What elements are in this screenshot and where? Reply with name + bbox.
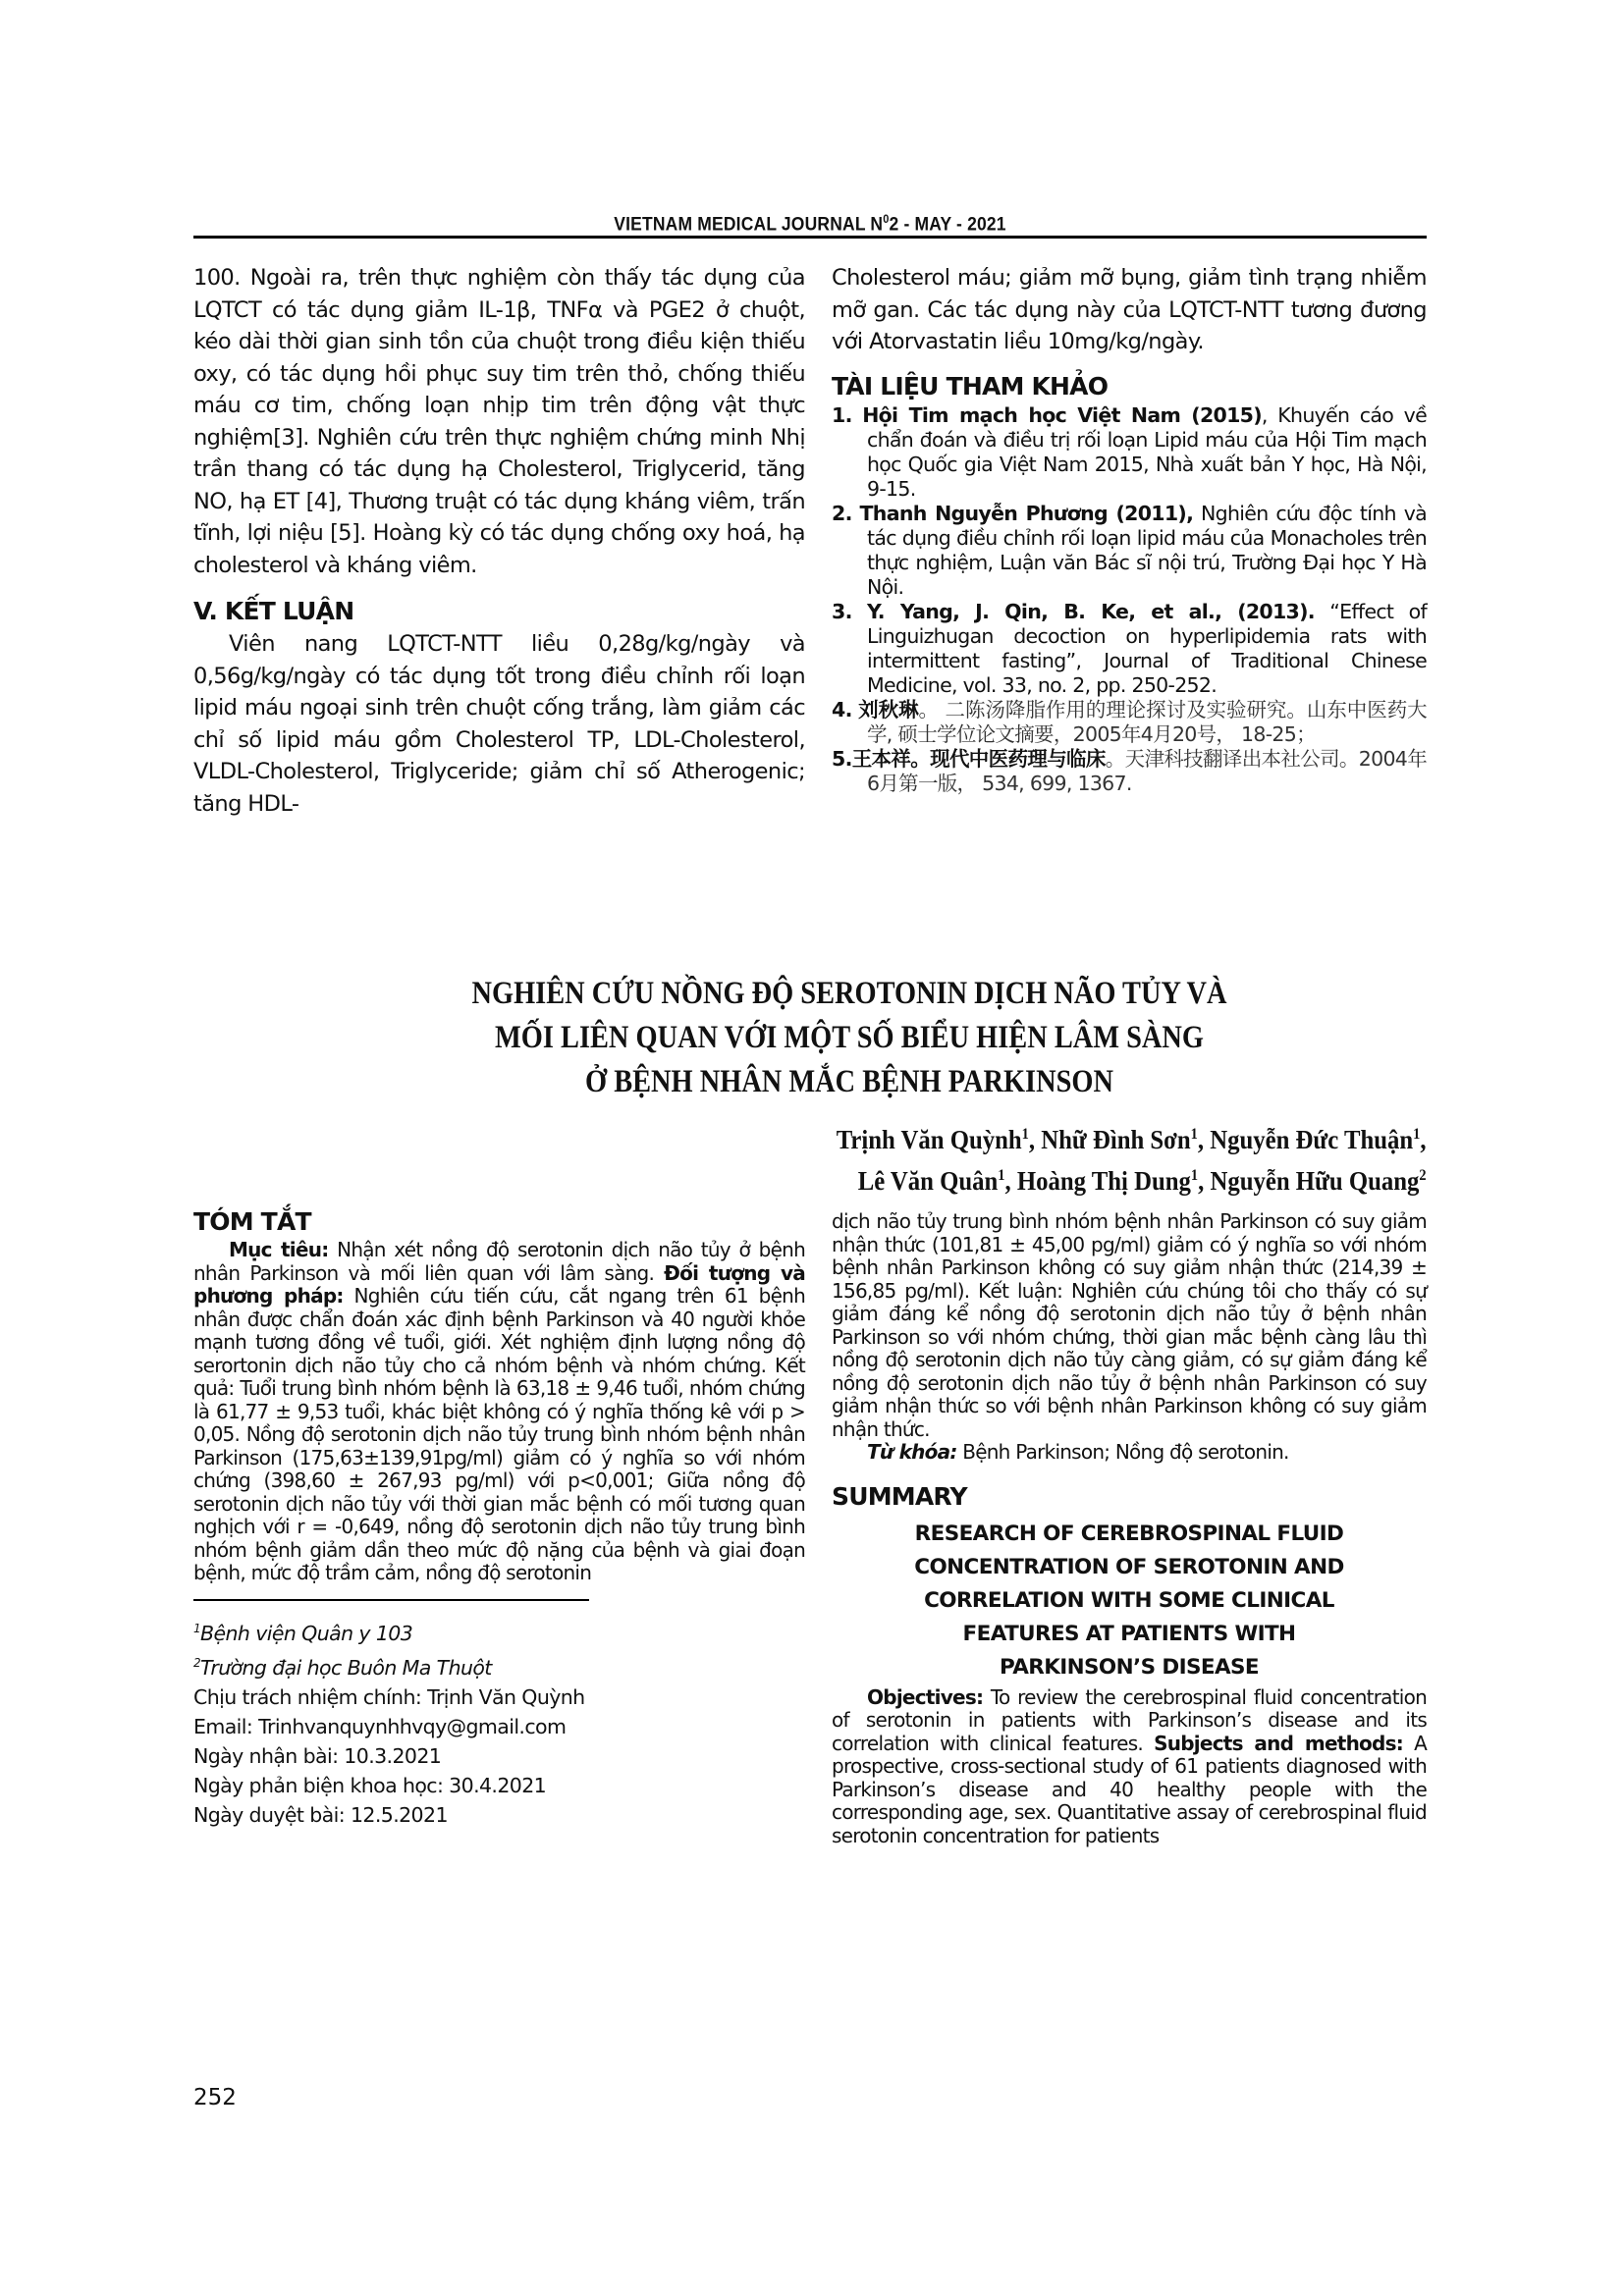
email: Email: Trinhvanquynhhvqy@gmail.com [193,1712,805,1741]
conclusion-paragraph: Viên nang LQTCT-NTT liều 0,28g/kg/ngày v… [193,628,805,820]
reference-number: 5. [832,747,852,771]
reference-item: 3. Y. Yang, J. Qin, B. Ke, et al., (2013… [832,600,1427,698]
affiliation-marker: 2 [193,1656,200,1670]
author-affiliation-marker: 2 [1420,1167,1427,1184]
reference-number: 3. [832,600,852,623]
header-title-suffix: 2 - MAY - 2021 [890,214,1006,235]
affiliation-text: Trường đại học Buôn Ma Thuột [200,1656,492,1680]
author-name: Lê Văn Quân [858,1165,999,1196]
review-date: Ngày phản biện khoa học: 30.4.2021 [193,1771,805,1800]
affiliation-marker: 1 [193,1623,200,1636]
corresponding-author: Chịu trách nhiệm chính: Trịnh Văn Quỳnh [193,1682,805,1712]
article-title-line: NGHIÊN CỨU NỒNG ĐỘ SEROTONIN DỊCH NÃO TỦ… [319,972,1380,1016]
abstract-right-column: dịch não tủy trung bình nhóm bệnh nhân P… [832,1210,1427,1847]
reference-item: 4. 刘秋琳。 二陈汤降脂作用的理论探讨及实验研究。山东中医药大学, 硕士学位论… [832,698,1427,747]
keywords-label: Từ khóa: [867,1440,957,1464]
summary-paragraph: Objectives: To review the cerebrospinal … [832,1686,1427,1848]
page-number: 252 [193,2085,237,2110]
summary-title-line: CONCENTRATION OF SEROTONIN AND [832,1551,1427,1584]
previous-article-right-column: Cholesterol máu; giảm mỡ bụng, giảm tình… [832,262,1427,796]
references-list: 1. Hội Tim mạch học Việt Nam (2015), Khu… [832,403,1427,796]
objective-label: Mục tiêu: [229,1238,328,1261]
summary-title-line: RESEARCH OF CEREBROSPINAL FLUID [832,1518,1427,1551]
abstract-heading: TÓM TẮT [193,1207,805,1237]
author-line: Lê Văn Quân1, Hoàng Thị Dung1, Nguyễn Hữ… [837,1157,1427,1199]
conclusion-continued: Cholesterol máu; giảm mỡ bụng, giảm tình… [832,262,1427,358]
author-separator: , [1198,1124,1210,1154]
reference-item: 5.王本祥。现代中医药理与临床。天津科技翻译出本社公司。2004年6月第一版， … [832,747,1427,796]
author-name: Trịnh Văn Quỳnh [837,1124,1022,1154]
reference-authors: Hội Tim mạch học Việt Nam (2015) [862,403,1262,427]
author-name: Nhữ Đình Sơn [1042,1124,1191,1154]
summary-title-line: CORRELATION WITH SOME CLINICAL [832,1584,1427,1618]
header-title-prefix: VIETNAM MEDICAL JOURNAL N [614,214,883,235]
reference-number: 4. [832,698,852,721]
author-list: Trịnh Văn Quỳnh1, Nhữ Đình Sơn1, Nguyễn … [837,1116,1427,1199]
author-line: Trịnh Văn Quỳnh1, Nhữ Đình Sơn1, Nguyễn … [837,1116,1427,1157]
subjects-methods-label: Subjects and methods: [1154,1732,1403,1755]
running-header: VIETNAM MEDICAL JOURNAL N02 - MAY - 2021 [243,212,1378,236]
reference-authors: Thanh Nguyễn Phương (2011), [860,502,1194,525]
affiliation-text: Bệnh viện Quân y 103 [200,1622,412,1645]
reference-authors: 王本祥。现代中医药理与临床 [852,747,1106,771]
accepted-date: Ngày duyệt bài: 12.5.2021 [193,1800,805,1830]
conclusion-heading: V. KẾT LUẬN [193,597,805,626]
abstract-paragraph: Mục tiêu: Nhận xét nồng độ serotonin dịc… [193,1239,805,1585]
discussion-paragraph: 100. Ngoài ra, trên thực nghiệm còn thấy… [193,262,805,581]
reference-authors: Y. Yang, J. Qin, B. Ke, et al., (2013). [867,600,1315,623]
reference-authors: 刘秋琳 [858,698,918,721]
received-date: Ngày nhận bài: 10.3.2021 [193,1741,805,1771]
article-title-line: Ở BỆNH NHÂN MẮC BỆNH PARKINSON [319,1060,1380,1104]
abstract-continued: dịch não tủy trung bình nhóm bệnh nhân P… [832,1210,1427,1441]
reference-item: 1. Hội Tim mạch học Việt Nam (2015), Khu… [832,403,1427,502]
author-name: Hoàng Thị Dung [1017,1165,1191,1196]
affiliation-1: 1Bệnh viện Quân y 103 [193,1615,805,1649]
summary-title: RESEARCH OF CEREBROSPINAL FLUID CONCENTR… [832,1518,1427,1684]
reference-number: 2. [832,502,852,525]
reference-item: 2. Thanh Nguyễn Phương (2011), Nghiên cứ… [832,502,1427,600]
affiliation-2: 2Trường đại học Buôn Ma Thuột [193,1648,805,1682]
previous-article-left-column: 100. Ngoài ra, trên thực nghiệm còn thấy… [193,262,805,820]
keywords-text: Bệnh Parkinson; Nồng độ serotonin. [957,1440,1289,1464]
header-rule [193,236,1427,239]
keywords: Từ khóa: Bệnh Parkinson; Nồng độ seroton… [832,1441,1427,1465]
summary-title-line: PARKINSON’S DISEASE [832,1651,1427,1684]
footnote-rule [193,1599,589,1601]
author-separator: , [1005,1165,1017,1196]
summary-heading: SUMMARY [832,1482,1427,1512]
summary-title-line: FEATURES AT PATIENTS WITH [832,1618,1427,1651]
abstract-left-column: TÓM TẮT Mục tiêu: Nhận xét nồng độ serot… [193,1207,805,1830]
author-separator: , [1421,1124,1427,1154]
author-name: Nguyễn Hữu Quang [1211,1165,1420,1196]
reference-number: 1. [832,403,852,427]
article-title: NGHIÊN CỨU NỒNG ĐỘ SEROTONIN DỊCH NÃO TỦ… [319,972,1380,1104]
article-title-line: MỐI LIÊN QUAN VỚI MỘT SỐ BIỂU HIỆN LÂM S… [319,1016,1380,1060]
methods-text: Nghiên cứu tiến cứu, cắt ngang trên 61 b… [193,1284,805,1584]
reference-text: 。 二陈汤降脂作用的理论探讨及实验研究。山东中医药大学, 硕士学位论文摘要，20… [867,698,1427,746]
objectives-label: Objectives: [867,1685,983,1709]
author-name: Nguyễn Đức Thuận [1211,1124,1414,1154]
author-separator: , [1029,1124,1041,1154]
author-separator: , [1199,1165,1211,1196]
references-heading: TÀI LIỆU THAM KHẢO [832,372,1427,401]
